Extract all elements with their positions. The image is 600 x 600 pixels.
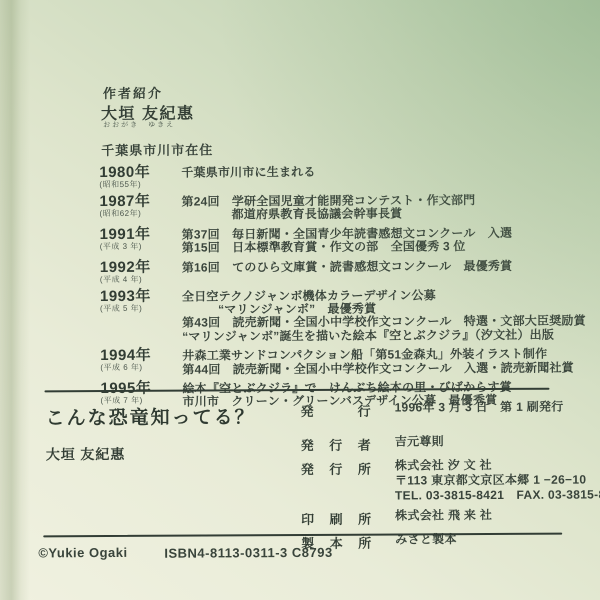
timeline-year: 1992年 [100, 261, 182, 272]
timeline-year: 1991年 [100, 228, 182, 239]
colophon-values: 吉元尊則 [371, 434, 581, 450]
colophon-value: 〒113 東京都文京区本郷 1 −26−10 [395, 472, 600, 488]
isbn-code: ISBN4-8113-0311-3 C8793 [164, 545, 332, 561]
timeline-year-column: 1992年(平成 4 年) [100, 261, 182, 284]
timeline-era: (平成 6 年) [100, 362, 182, 373]
colophon-label: 発行 [301, 401, 371, 420]
page-content: 作者紹介 大垣 友紀惠 おおがき ゆきえ 千葉県市川市在住 1980年(昭和55… [0, 0, 600, 600]
timeline-line: “マリンジャンボ”誕生を描いた絵本『空とぶクジラ』（汐文社）出版 [182, 328, 586, 344]
book-title: こんな恐竜知ってる？ [46, 402, 256, 430]
copyright-notice: ©Yukie Ogaki [38, 545, 127, 560]
colophon-row: 発行所株式会社 汐 文 社〒113 東京都文京区本郷 1 −26−10TEL. … [301, 458, 581, 504]
colophon-value: 1996年 3 月 3 日 第 1 刷発行 [395, 400, 581, 416]
section-label-author-intro: 作者紹介 [103, 83, 163, 102]
timeline-entry: 1991年(平成 3 年)第37回 毎日新聞・全国青少年読書感想文コンクール 入… [100, 226, 578, 255]
timeline-line: 第16回 てのひら文庫賞・読書感想文コンクール 最優秀賞 [182, 259, 578, 274]
timeline-era: (平成 3 年) [100, 240, 182, 251]
timeline-year: 1995年 [100, 383, 182, 394]
timeline-entry: 1993年(平成 5 年)全日空テクノジャンボ機体カラーデザイン公募“マリンジャ… [100, 288, 578, 344]
timeline-era: (平成 5 年) [100, 302, 182, 313]
colophon-label: 印刷所 [301, 509, 371, 528]
book-author: 大垣 友紀惠 [46, 444, 126, 464]
timeline-era: (昭和62年) [100, 208, 182, 219]
timeline-year-column: 1994年(平成 6 年) [100, 350, 182, 373]
colophon-value: 吉元尊則 [395, 434, 581, 450]
timeline-entry-lines: 第24回 学研全国児童才能開発コンテスト・作文部門都道府県教育長協議会幹事長賞 [181, 194, 577, 223]
colophon-values: 1996年 3 月 3 日 第 1 刷発行 [371, 400, 581, 416]
timeline-era: (平成 4 年) [100, 273, 182, 284]
book-colophon-page-photo: 作者紹介 大垣 友紀惠 おおがき ゆきえ 千葉県市川市在住 1980年(昭和55… [0, 0, 600, 600]
author-name-furigana: おおがき ゆきえ [103, 120, 175, 130]
timeline-entry: 1994年(平成 6 年)井森工業サンドコンパクション船「第51金森丸」外装イラ… [100, 348, 578, 377]
colophon-values: 株式会社 汐 文 社〒113 東京都文京区本郷 1 −26−10TEL. 03-… [371, 457, 600, 503]
timeline-line: 第15回 日本標準教育賞・作文の部 全国優秀 3 位 [182, 240, 578, 255]
colophon-values: 株式会社 飛 来 社 [371, 508, 581, 524]
timeline-era: (昭和55年) [99, 179, 181, 190]
colophon-label: 発行者 [301, 435, 371, 454]
colophon-value: TEL. 03-3815-8421 FAX. 03-3815-8424 [395, 487, 600, 503]
timeline-entry-lines: 第37回 毎日新聞・全国青少年読書感想文コンクール 入選第15回 日本標準教育賞… [182, 226, 578, 255]
timeline-year: 1980年 [99, 167, 181, 178]
timeline-line: 都道府県教育長協議会幹事長賞 [182, 207, 578, 222]
timeline-entry: 1992年(平成 4 年)第16回 てのひら文庫賞・読書感想文コンクール 最優秀… [100, 259, 578, 285]
timeline-year-column: 1993年(平成 5 年) [100, 290, 182, 313]
timeline-line: 第44回 読売新聞・全国小中学校作文コンクール 入選・読売新聞社賞 [182, 361, 578, 376]
timeline-entry: 1987年(昭和62年)第24回 学研全国児童才能開発コンテスト・作文部門都道府… [99, 194, 577, 223]
colophon-row: 発行1996年 3 月 3 日 第 1 刷発行 [301, 400, 581, 420]
timeline-entry-lines: 全日空テクノジャンボ機体カラーデザイン公募“マリンジャンボ” 最優秀賞第43回 … [182, 288, 586, 344]
colophon-row: 印刷所株式会社 飛 来 社 [301, 508, 581, 528]
timeline-year: 1993年 [100, 290, 182, 301]
timeline-line: 千葉県市川市に生まれる [181, 165, 577, 180]
colophon-value: 株式会社 汐 文 社 [395, 457, 600, 473]
timeline-year: 1994年 [100, 350, 182, 361]
timeline-year: 1987年 [99, 196, 181, 207]
timeline-year-column: 1987年(昭和62年) [99, 196, 181, 219]
timeline-entry-lines: 第16回 てのひら文庫賞・読書感想文コンクール 最優秀賞 [182, 259, 578, 274]
colophon-row: 発行者吉元尊則 [301, 434, 581, 454]
timeline-entry-lines: 千葉県市川市に生まれる [181, 165, 577, 180]
colophon-value: 株式会社 飛 来 社 [395, 508, 581, 524]
timeline-entry: 1980年(昭和55年)千葉県市川市に生まれる [99, 165, 577, 191]
timeline-entry-lines: 井森工業サンドコンパクション船「第51金森丸」外装イラスト制作第44回 読売新聞… [182, 348, 578, 377]
author-residence: 千葉県市川市在住 [101, 139, 213, 159]
timeline-year-column: 1980年(昭和55年) [99, 167, 181, 190]
timeline: 1980年(昭和55年)千葉県市川市に生まれる1987年(昭和62年)第24回 … [99, 165, 578, 416]
colophon-label: 発行所 [301, 459, 371, 478]
timeline-year-column: 1991年(平成 3 年) [100, 228, 182, 251]
